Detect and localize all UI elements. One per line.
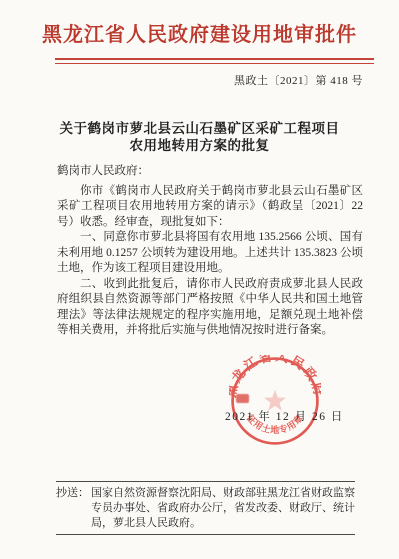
issue-date: 2021 年 12 月 26 日 <box>225 408 344 424</box>
document-title-line2: 农用地转用方案的批复 <box>20 137 379 154</box>
header-divider-line <box>55 58 374 64</box>
seal-smudge <box>236 394 249 403</box>
document-title-line1: 关于鹤岗市萝北县云山石墨矿区采矿工程项目 <box>20 120 379 137</box>
paragraph-item-2: 二、收到此批复后，请你市人民政府责成萝北县人民政府组织县自然资源等部门严格按照《… <box>57 277 363 339</box>
paragraph-item-1: 一、同意你市萝北县将国有农用地 135.2566 公顷、国有未利用地 0.125… <box>57 230 363 277</box>
document-body: 鹤岗市人民政府： 你市《鹤岗市人民政府关于鹤岗市萝北县云山石墨矿区采矿工程项目农… <box>57 164 363 339</box>
cc-label: 抄送： <box>56 486 91 501</box>
document-page: 黑龙江省人民政府建设用地审批件 黑政土〔2021〕第 418 号 关于鹤岗市萝北… <box>0 0 399 559</box>
document-title: 关于鹤岗市萝北县云山石墨矿区采矿工程项目 农用地转用方案的批复 <box>20 120 379 154</box>
paragraph-intro: 你市《鹤岗市人民政府关于鹤岗市萝北县云山石墨矿区采矿工程项目农用地转用方案的请示… <box>57 184 363 231</box>
document-header-title: 黑龙江省人民政府建设用地审批件 <box>0 18 399 47</box>
cc-text: 国家自然资源督察沈阳局、财政部驻黑龙江省财政监察专员办事处、省政府办公厅，省发改… <box>91 486 355 531</box>
cc-section: 抄送： 国家自然资源督察沈阳局、财政部驻黑龙江省财政监察专员办事处、省政府办公厅… <box>56 481 355 535</box>
salutation: 鹤岗市人民政府： <box>57 164 363 180</box>
document-number: 黑政土〔2021〕第 418 号 <box>234 72 363 88</box>
